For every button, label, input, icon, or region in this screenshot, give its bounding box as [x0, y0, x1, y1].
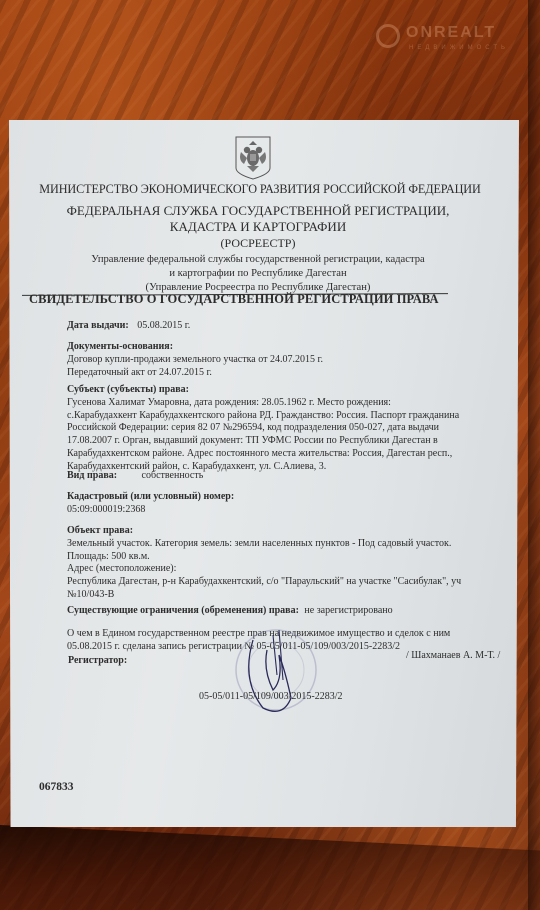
- right-type: собственность: [142, 470, 204, 481]
- right-type-label: Вид права:: [67, 470, 117, 481]
- watermark-brand: ONREALT: [406, 24, 496, 42]
- issue-date: 05.08.2015 г.: [137, 320, 190, 331]
- ministry-name: МИНИСТЕРСТВО ЭКОНОМИЧЕСКОГО РАЗВИТИЯ РОС…: [5, 182, 515, 197]
- signature-stamp-icon: [233, 620, 319, 720]
- certificate-title: СВИДЕТЕЛЬСТВО О ГОСУДАРСТВЕННОЙ РЕГИСТРА…: [29, 292, 439, 307]
- department-name: Управление федеральной службы государств…: [3, 253, 513, 295]
- basis-section: Документы-основания: Договор купли-прода…: [67, 341, 323, 379]
- subject-line: Карабудахкентском районе. Адрес постоянн…: [67, 448, 459, 461]
- object-section: Объект права: Земельный участок. Категор…: [67, 525, 461, 602]
- watermark-subtitle: НЕДВИЖИМОСТЬ: [409, 45, 509, 51]
- subject-label: Субъект (субъекты) права:: [67, 384, 459, 397]
- object-line: Площадь: 500 кв.м.: [67, 551, 461, 564]
- service-line-2: КАДАСТРА И КАРТОГРАФИИ: [3, 219, 513, 235]
- subject-line: Гусенова Халимат Умаровна, дата рождения…: [67, 397, 459, 410]
- object-line: Адрес (местоположение):: [67, 563, 461, 576]
- object-label: Объект права:: [67, 525, 461, 538]
- subject-line: Российской Федерации: серия 82 07 №29659…: [67, 422, 459, 435]
- object-line: Земельный участок. Категория земель: зем…: [67, 538, 461, 551]
- cadastral-section: Кадастровый (или условный) номер: 05:09:…: [67, 491, 234, 517]
- dept-line-2: и картографии по Республике Дагестан: [3, 267, 513, 281]
- encumbrance: не зарегистрировано: [304, 605, 392, 616]
- basis-item: Договор купли-продажи земельного участка…: [67, 354, 323, 367]
- subject-line: с.Карабудахкент Карабудахкентского район…: [67, 410, 459, 423]
- object-line: №10/043-В: [67, 589, 461, 602]
- cadastral-label: Кадастровый (или условный) номер:: [67, 491, 234, 504]
- subject-section: Субъект (субъекты) права: Гусенова Халим…: [67, 384, 459, 474]
- service-line-3: (РОСРЕЕСТР): [3, 235, 513, 251]
- registration-number: 05-05/011-05/109/003/2015-2283/2: [199, 691, 343, 702]
- service-line-1: ФЕДЕРАЛЬНАЯ СЛУЖБА ГОСУДАРСТВЕННОЙ РЕГИС…: [3, 203, 513, 219]
- registrar-name: / Шахманаев А. М-Т. /: [406, 650, 500, 661]
- object-line: Республика Дагестан, р-н Карабудахкентск…: [67, 576, 461, 589]
- basis-item: Передаточный акт от 24.07.2015 г.: [67, 367, 323, 380]
- house-circle-icon: [376, 24, 400, 48]
- basis-label: Документы-основания:: [67, 341, 323, 354]
- registrar-label: Регистратор:: [68, 655, 127, 666]
- subject-line: 17.08.2007 г. Орган, выдавший документ: …: [67, 435, 459, 448]
- certificate-paper: МИНИСТЕРСТВО ЭКОНОМИЧЕСКОГО РАЗВИТИЯ РОС…: [9, 120, 519, 827]
- right-type-row: Вид права: собственность: [67, 470, 203, 483]
- russian-coat-of-arms-icon: [235, 136, 271, 180]
- issue-date-label: Дата выдачи:: [67, 320, 129, 331]
- cadastral-number: 05:09:000019:2368: [67, 504, 234, 517]
- encumbrance-label: Существующие ограничения (обременения) п…: [67, 605, 299, 616]
- service-name: ФЕДЕРАЛЬНАЯ СЛУЖБА ГОСУДАРСТВЕННОЙ РЕГИС…: [3, 203, 513, 251]
- dept-line-1: Управление федеральной службы государств…: [3, 253, 513, 267]
- table-edge: [528, 0, 540, 910]
- serial-number: 067833: [39, 781, 74, 793]
- table-shadow: [0, 825, 540, 910]
- watermark: ONREALT НЕДВИЖИМОСТЬ: [376, 22, 536, 56]
- issue-date-row: Дата выдачи: 05.08.2015 г.: [67, 320, 190, 333]
- encumbrance-row: Существующие ограничения (обременения) п…: [67, 605, 393, 618]
